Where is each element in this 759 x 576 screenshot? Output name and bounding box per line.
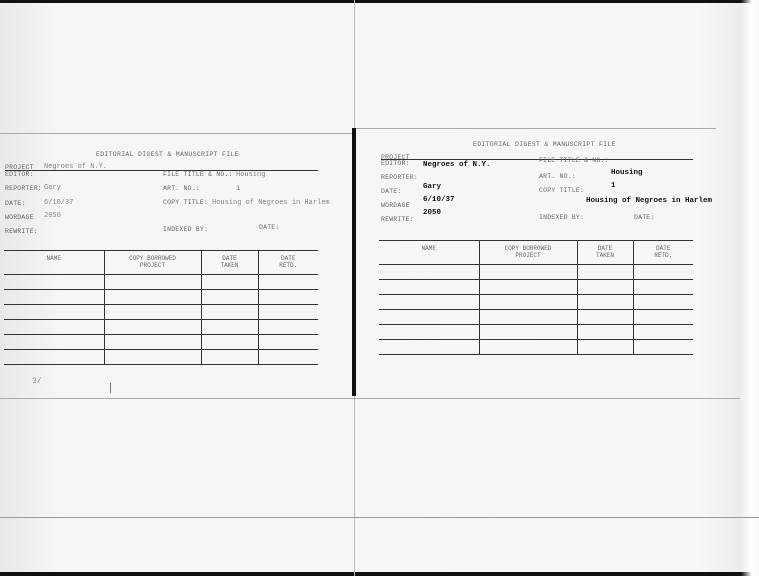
cell <box>479 340 577 355</box>
card-header: EDITORIAL DIGEST & MANUSCRIPT FILE <box>473 141 616 148</box>
cell <box>577 265 633 280</box>
indexed-by-label: INDEXED BY: <box>539 214 584 221</box>
cell <box>379 295 479 310</box>
cell <box>633 295 693 310</box>
cell <box>379 325 479 340</box>
reporter-label: REPORTER: <box>381 174 418 181</box>
copy-title-label: COPY TITLE: <box>539 187 584 194</box>
cell <box>479 325 577 340</box>
cell <box>633 340 693 355</box>
cell <box>379 265 479 280</box>
cell <box>633 325 693 340</box>
file-title-label: FILE TITLE & NO.: <box>539 157 609 164</box>
editor-label: EDITOR: <box>381 160 410 167</box>
cell <box>577 295 633 310</box>
art-no-value: 1 <box>611 182 616 190</box>
table-row <box>379 325 693 340</box>
borrow-table: NAME COPY BORROWED PROJECT DATE TAKEN DA… <box>379 240 693 355</box>
cell <box>479 280 577 295</box>
cell <box>479 310 577 325</box>
table-row <box>379 280 693 295</box>
cell <box>577 340 633 355</box>
cell <box>577 310 633 325</box>
copy-title-value: Housing of Negroes in Harlem <box>586 197 712 205</box>
table-row <box>379 340 693 355</box>
art-no-label: ART. NO.: <box>539 173 576 180</box>
date-label: DATE: <box>381 188 402 195</box>
index-date-label: DATE: <box>634 214 655 221</box>
cell <box>633 280 693 295</box>
col-date-returned: DATE RETD. <box>633 241 693 265</box>
cell <box>479 295 577 310</box>
scan-bottom-edge <box>0 572 759 576</box>
index-card-right: EDITORIAL DIGEST & MANUSCRIPT FILE PROJE… <box>0 0 759 400</box>
cell <box>379 340 479 355</box>
cell <box>633 310 693 325</box>
wordage-label: WORDAGE <box>381 202 410 209</box>
table-row <box>379 295 693 310</box>
cell <box>577 325 633 340</box>
cell <box>479 265 577 280</box>
date-value: 6/10/37 <box>423 196 455 204</box>
lower-page-edge <box>0 517 759 518</box>
table-row <box>379 265 693 280</box>
cell <box>379 280 479 295</box>
col-date-taken: DATE TAKEN <box>577 241 633 265</box>
file-title-value: Housing <box>611 169 643 177</box>
rewrite-label: REWRITE: <box>381 216 414 223</box>
table-row <box>379 310 693 325</box>
project-value: Negroes of N.Y. <box>423 161 491 169</box>
cell <box>577 280 633 295</box>
col-copy-borrowed: COPY BORROWED PROJECT <box>479 241 577 265</box>
cell <box>379 310 479 325</box>
col-name: NAME <box>379 241 479 265</box>
reporter-value: Gary <box>423 183 441 191</box>
cell <box>633 265 693 280</box>
wordage-value: 2050 <box>423 209 441 217</box>
header-rule <box>381 159 693 160</box>
